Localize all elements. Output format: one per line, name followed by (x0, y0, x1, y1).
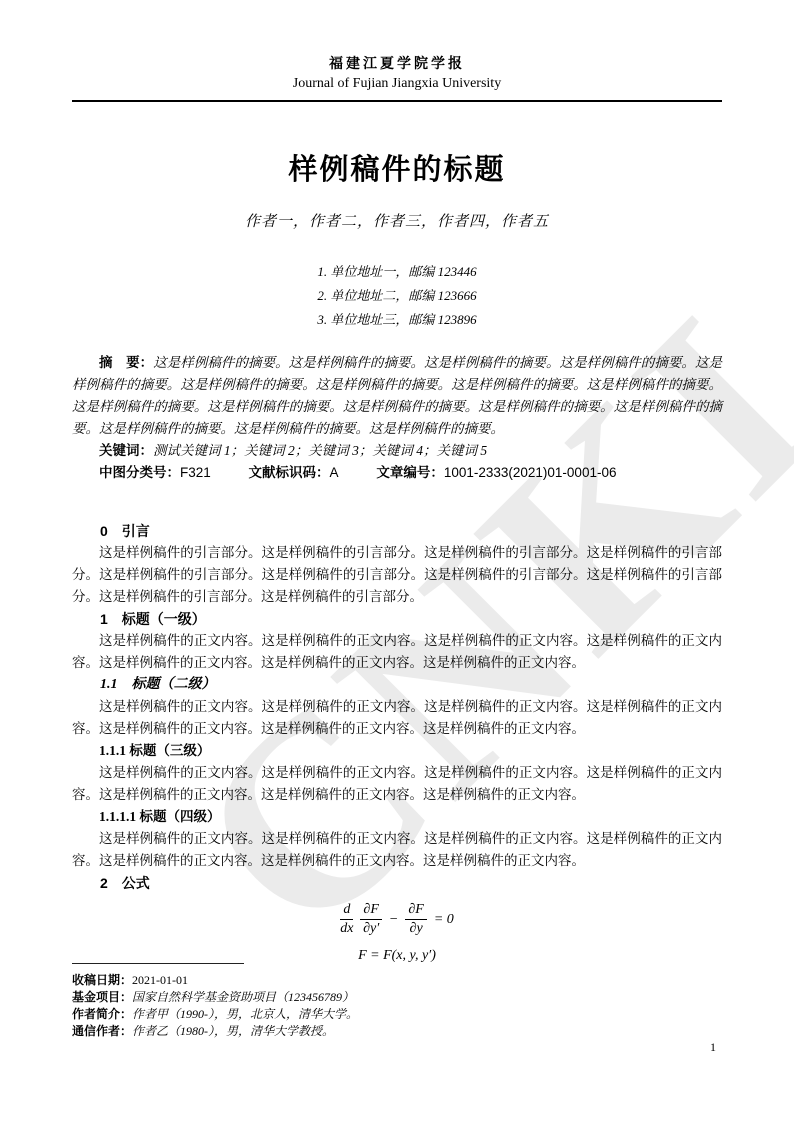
document-page: CNKI 福建江夏学院学报 Journal of Fujian Jiangxia… (0, 0, 794, 1123)
footnote-value: 作者甲（1990-），男，北京人，清华大学。 (132, 1007, 358, 1021)
section-paragraph: 这是样例稿件的正文内容。这是样例稿件的正文内容。这是样例稿件的正文内容。这是样例… (72, 762, 722, 806)
journal-header: 福建江夏学院学报 Journal of Fujian Jiangxia Univ… (72, 56, 722, 102)
fraction-numerator: ∂F (405, 902, 426, 920)
section-heading-level1: 1 标题（一级） (72, 608, 722, 630)
fraction-dF-dy: ∂F∂y (405, 902, 426, 937)
page-number: 1 (710, 1040, 716, 1055)
footnote-received-date: 收稿日期：2021-01-01 (72, 972, 722, 989)
section-paragraph: 这是样例稿件的正文内容。这是样例稿件的正文内容。这是样例稿件的正文内容。这是样例… (72, 696, 722, 740)
doc-code-label: 文献标识码： (249, 465, 330, 480)
equation-rhs: = 0 (434, 912, 454, 928)
keywords-label: 关键词： (99, 443, 153, 458)
abstract-label: 摘 要： (99, 355, 153, 370)
formula-block: ddx ∂F∂y′ − ∂F∂y = 0 F = F(x, y, y′) (72, 902, 722, 964)
fraction-denominator: ∂y (405, 920, 426, 937)
page-content: 福建江夏学院学报 Journal of Fujian Jiangxia Univ… (0, 0, 794, 964)
article-no-value: 1001-2333(2021)01-0001-06 (444, 465, 617, 480)
footnote-author-bio: 作者简介：作者甲（1990-），男，北京人，清华大学。 (72, 1006, 722, 1023)
section-heading-level3: 1.1.1 标题（三级） (72, 740, 722, 762)
keywords-line: 关键词：测试关键词 1；关键词 2；关键词 3；关键词 4；关键词 5 (72, 440, 722, 462)
fraction-numerator: ∂F (360, 902, 381, 920)
footnote-value: 国家自然科学基金资助项目（123456789） (132, 990, 354, 1004)
article-title: 样例稿件的标题 (72, 150, 722, 190)
journal-title-en: Journal of Fujian Jiangxia University (72, 74, 722, 93)
footnote-label: 基金项目： (72, 990, 132, 1004)
footnote-corresponding-author: 通信作者：作者乙（1980-），男，清华大学教授。 (72, 1023, 722, 1040)
abstract-text: 这是样例稿件的摘要。这是样例稿件的摘要。这是样例稿件的摘要。这是样例稿件的摘要。… (72, 355, 722, 436)
minus-operator: − (389, 912, 398, 928)
footnote-funding: 基金项目：国家自然科学基金资助项目（123456789） (72, 989, 722, 1006)
fraction-denominator: dx (340, 920, 353, 937)
doc-code-group: 文献标识码：A (249, 465, 339, 480)
affiliation-line: 1. 单位地址一，邮编 123446 (72, 260, 722, 284)
affiliation-line: 3. 单位地址三，邮编 123896 (72, 308, 722, 332)
journal-title-cn: 福建江夏学院学报 (72, 56, 722, 74)
function-definition-equation: F = F(x, y, y′) (72, 948, 722, 964)
article-body: 0 引言 这是样例稿件的引言部分。这是样例稿件的引言部分。这是样例稿件的引言部分… (72, 520, 722, 964)
affiliation-list: 1. 单位地址一，邮编 123446 2. 单位地址二，邮编 123666 3.… (72, 260, 722, 332)
clc-label: 中图分类号： (99, 465, 180, 480)
footnote-label: 收稿日期： (72, 973, 132, 987)
footnote-label: 通信作者： (72, 1024, 132, 1038)
affiliation-line: 2. 单位地址二，邮编 123666 (72, 284, 722, 308)
section-heading-formula: 2 公式 (72, 872, 722, 894)
footnote-block: 收稿日期：2021-01-01 基金项目：国家自然科学基金资助项目（123456… (72, 963, 722, 1040)
classification-line: 中图分类号：F321 文献标识码：A 文章编号：1001-2333(2021)0… (72, 462, 722, 484)
footnote-value: 作者乙（1980-），男，清华大学教授。 (132, 1024, 334, 1038)
fraction-numerator: d (340, 902, 353, 920)
clc-value: F321 (180, 465, 211, 480)
footnote-separator (72, 963, 244, 964)
section-paragraph: 这是样例稿件的正文内容。这是样例稿件的正文内容。这是样例稿件的正文内容。这是样例… (72, 630, 722, 674)
abstract-paragraph: 摘 要：这是样例稿件的摘要。这是样例稿件的摘要。这是样例稿件的摘要。这是样例稿件… (72, 352, 722, 440)
author-line: 作者一，作者二，作者三，作者四，作者五 (72, 210, 722, 234)
article-no-group: 文章编号：1001-2333(2021)01-0001-06 (376, 465, 616, 480)
section-heading-intro: 0 引言 (72, 520, 722, 542)
section-heading-level4: 1.1.1.1 标题（四级） (72, 806, 722, 828)
doc-code-value: A (330, 465, 339, 480)
article-no-label: 文章编号： (376, 465, 444, 480)
section-heading-level2: 1.1 标题（二级） (72, 674, 722, 696)
fraction-d-dx: ddx (340, 902, 353, 937)
keywords-text: 测试关键词 1；关键词 2；关键词 3；关键词 4；关键词 5 (153, 443, 487, 458)
section-paragraph: 这是样例稿件的引言部分。这是样例稿件的引言部分。这是样例稿件的引言部分。这是样例… (72, 542, 722, 608)
euler-lagrange-equation: ddx ∂F∂y′ − ∂F∂y = 0 (340, 902, 454, 937)
footnote-label: 作者简介： (72, 1007, 132, 1021)
fraction-dF-dyprime: ∂F∂y′ (360, 902, 381, 937)
footnote-value: 2021-01-01 (132, 973, 188, 987)
clc-group: 中图分类号：F321 (99, 465, 211, 480)
section-paragraph: 这是样例稿件的正文内容。这是样例稿件的正文内容。这是样例稿件的正文内容。这是样例… (72, 828, 722, 872)
fraction-denominator: ∂y′ (360, 920, 381, 937)
